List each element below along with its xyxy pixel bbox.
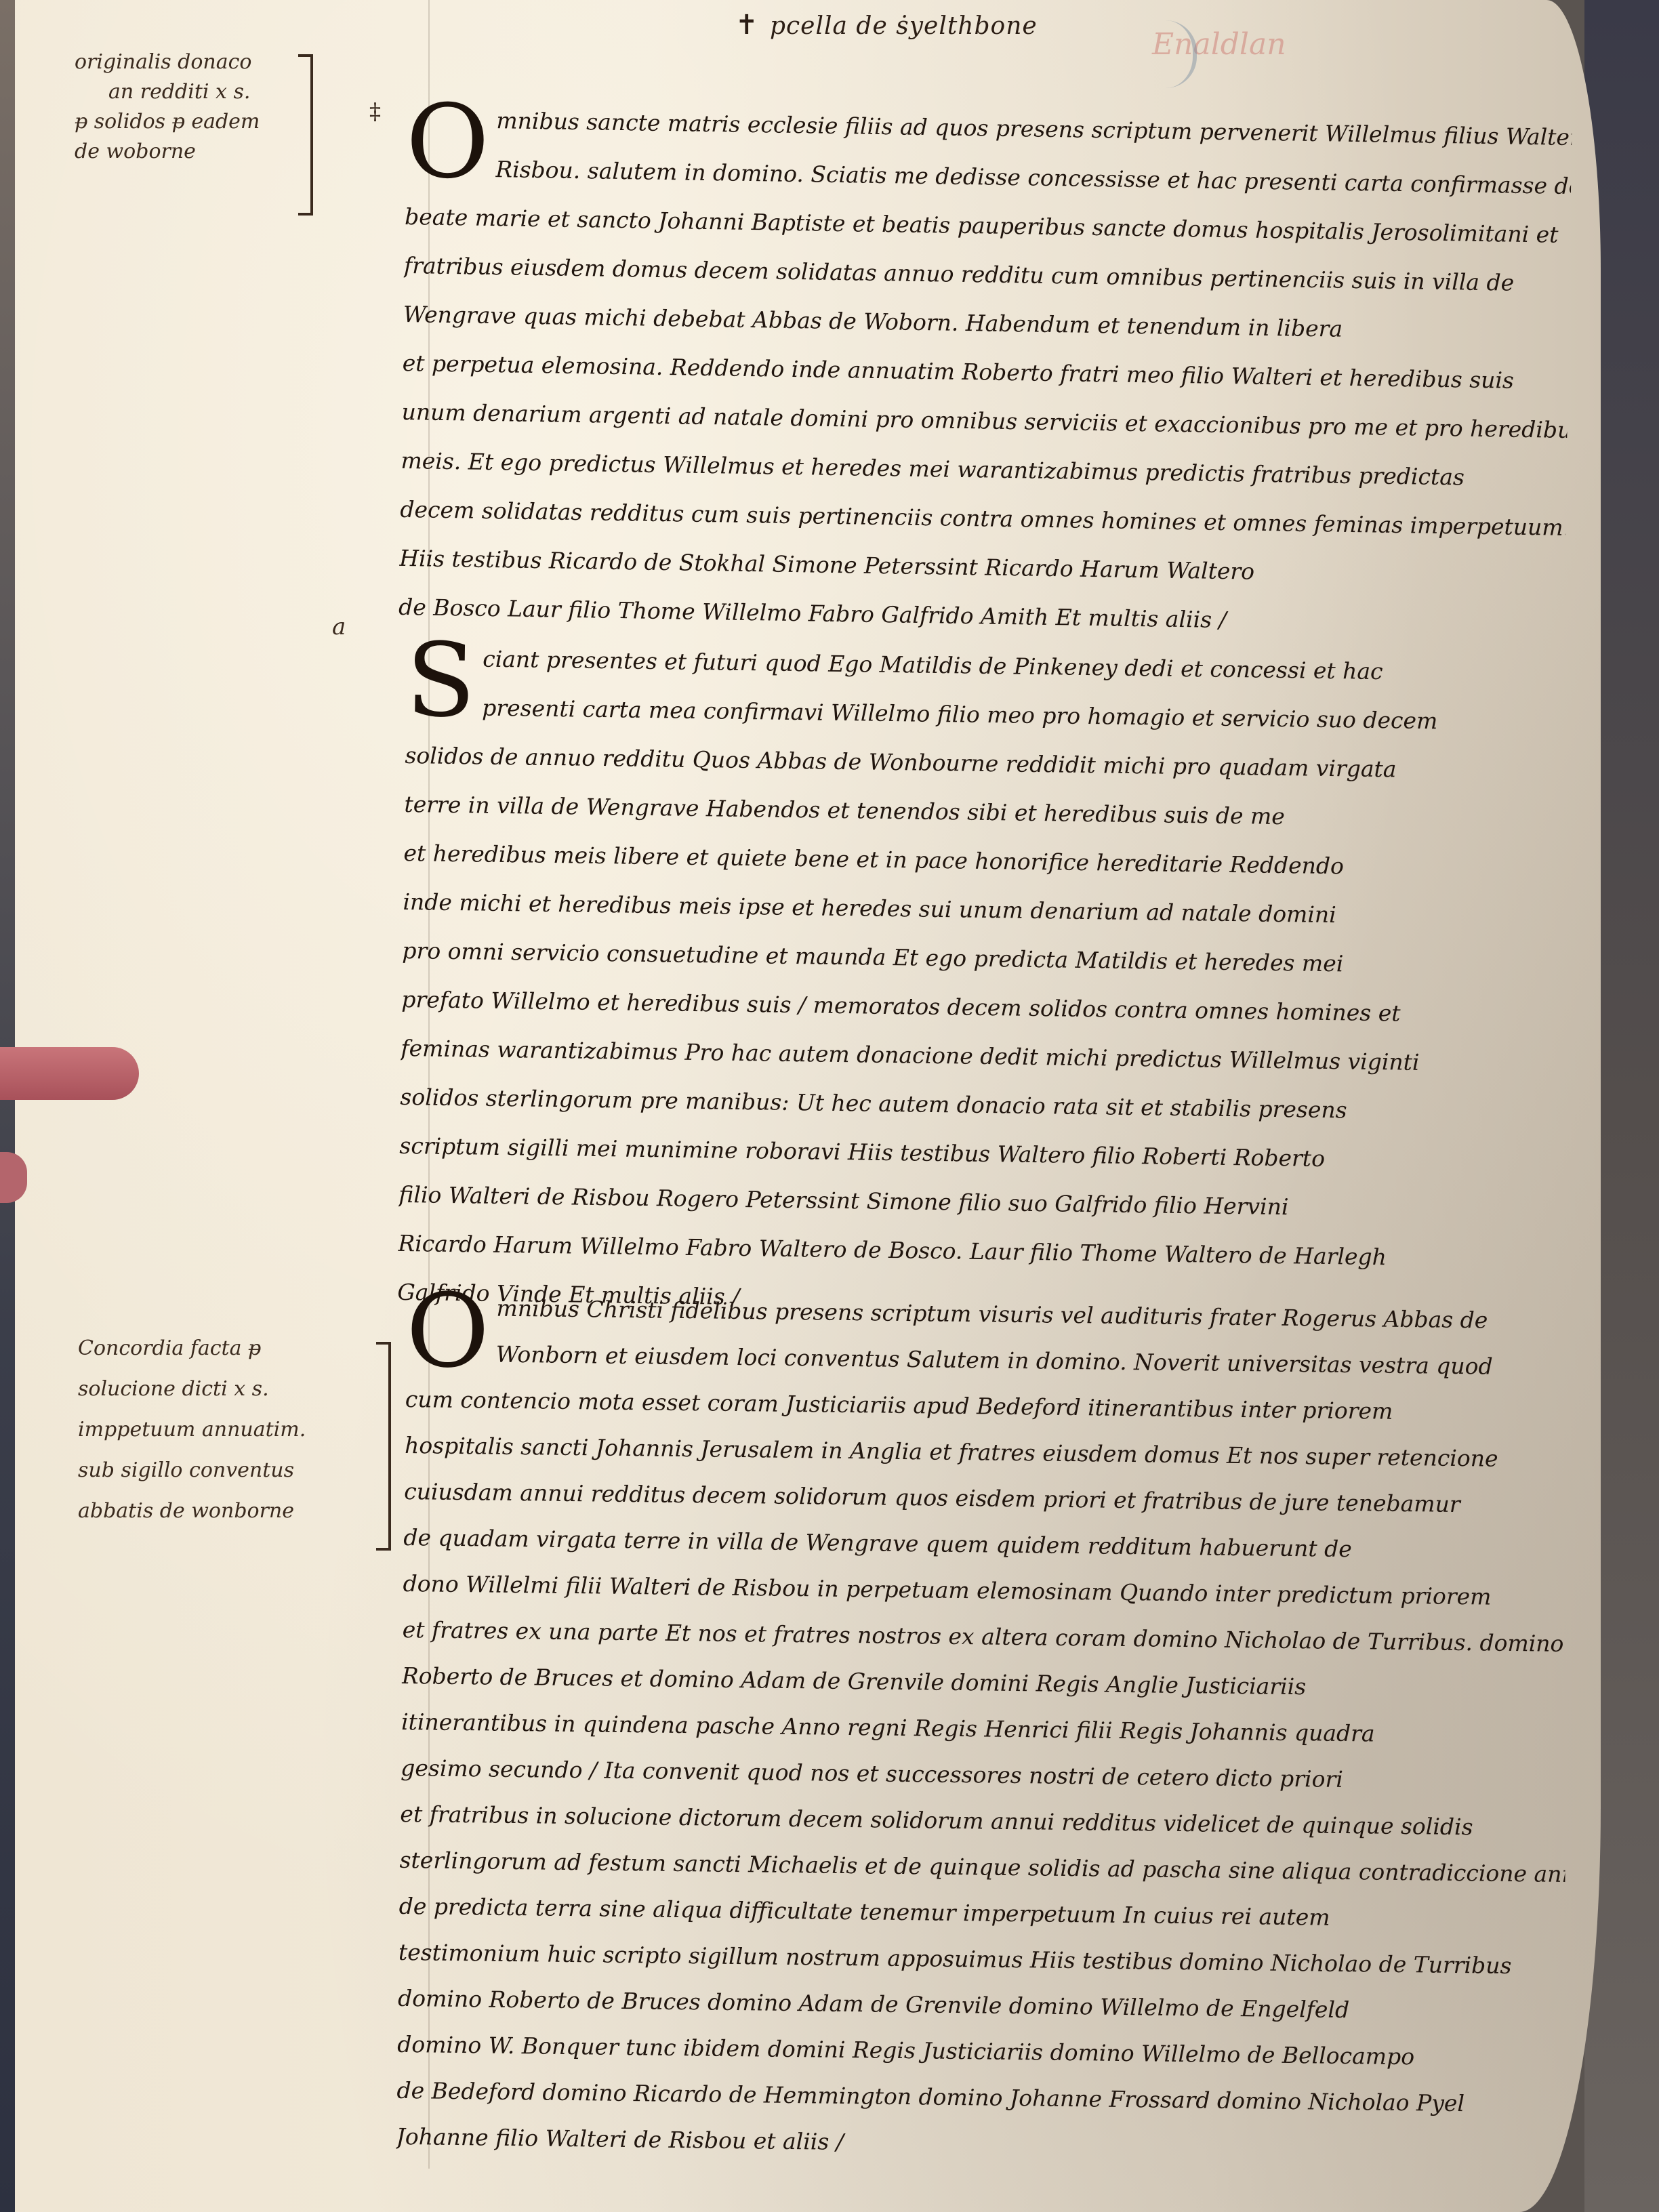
- margin-note-2: Concordia facta p̶ solucione dicti x s. …: [78, 1328, 306, 1532]
- decorated-initial: S: [405, 636, 476, 725]
- margin-note-line: originalis donaco: [75, 47, 260, 77]
- heading-text: pcella de ṡyelthbone: [770, 12, 1038, 40]
- margin-note-line: an redditi x s.: [75, 77, 260, 107]
- page-heading: ✝ pcella de ṡyelthbone: [735, 9, 1038, 41]
- margin-note-line: abbatis de wonborne: [78, 1491, 306, 1532]
- charter-3: O mnibus Christi fidelibus presens scrip…: [396, 1284, 1572, 2174]
- margin-note-line: sub sigillo conventus: [78, 1450, 306, 1491]
- margin-note-line: p̶ solidos p̶ eadem: [75, 107, 260, 137]
- cross-icon: ✝: [735, 9, 759, 41]
- charter-2: S ciant presentes et futuri quod Ego Mat…: [397, 634, 1572, 1333]
- margin-bracket: [298, 54, 313, 216]
- dagger-marker: ‡: [369, 98, 381, 125]
- margin-bracket: [376, 1342, 391, 1551]
- margin-note-1: originalis donaco an redditi x s. p̶ sol…: [75, 47, 260, 167]
- decorated-initial: O: [405, 1287, 490, 1376]
- decorated-initial: O: [405, 98, 490, 187]
- margin-note-line: imppetuum annuatim.: [78, 1410, 306, 1450]
- margin-note-line: solucione dicti x s.: [78, 1369, 306, 1410]
- charter-1: O mnibus sancte matris ecclesie filiis a…: [398, 95, 1572, 650]
- margin-note-line: de woborne: [75, 137, 260, 167]
- margin-note-line: Concordia facta p̶: [78, 1328, 306, 1369]
- holding-finger: [0, 1047, 139, 1100]
- letter-marker: a: [332, 613, 346, 640]
